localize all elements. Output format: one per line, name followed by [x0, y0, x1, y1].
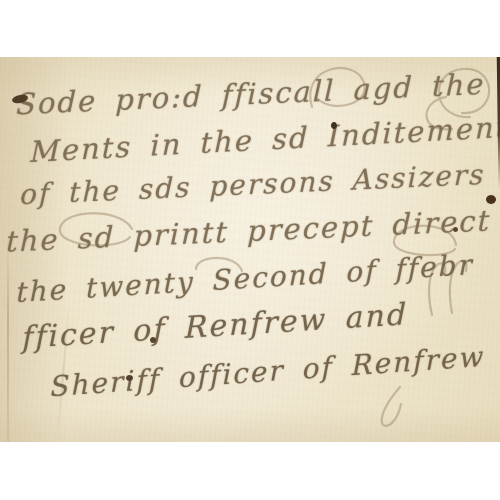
ink-blot: [453, 227, 458, 232]
photo-frame: Sode pro:d ffiscall agd the sd b Ments i…: [0, 0, 500, 500]
manuscript-photo: Sode pro:d ffiscall agd the sd b Ments i…: [0, 57, 500, 442]
paper-crease: [7, 237, 9, 442]
manuscript-line-1: Sode pro:d ffiscall agd the sd b: [16, 63, 500, 122]
ink-blot: [331, 122, 337, 129]
ink-blot: [150, 337, 156, 343]
letterbox-top: [0, 0, 500, 57]
manuscript-line-6: fficer of Renfrew and: [22, 297, 408, 356]
ink-blot: [126, 375, 133, 381]
ink-blot: [486, 195, 496, 204]
letterbox-bottom: [0, 442, 500, 500]
